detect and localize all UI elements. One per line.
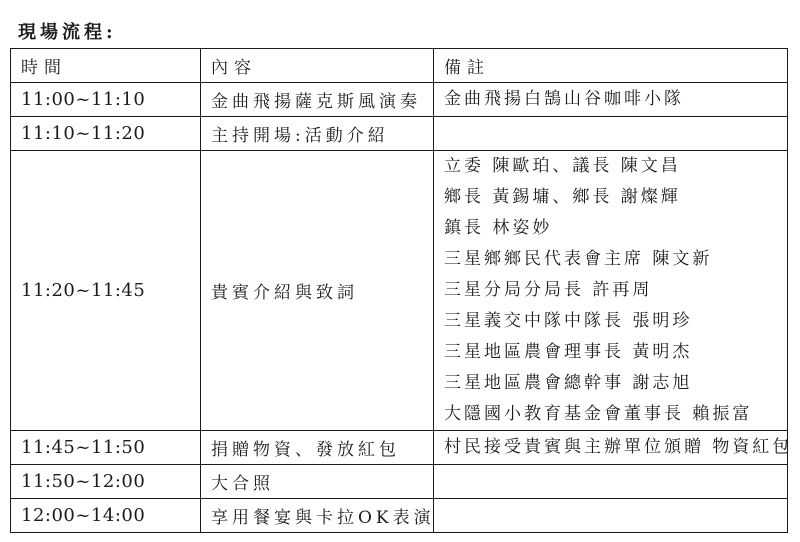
col-header-notes: 備註 bbox=[434, 49, 788, 83]
content-cell: 貴賓介紹與致詞 bbox=[201, 151, 434, 431]
note-line: 鄉長 黃錫墉、鄉長 謝燦輝 bbox=[444, 182, 781, 213]
note-line: 三星分局分局長 許再周 bbox=[444, 275, 781, 306]
page-title: 現場流程: bbox=[18, 18, 117, 44]
note-line: 金曲飛揚白鵠山谷咖啡小隊 bbox=[444, 84, 781, 115]
content-cell: 捐贈物資、發放紅包 bbox=[201, 431, 434, 465]
schedule-table: 時間 內容 備註 11:00~11:10 金曲飛揚薩克斯風演奏 金曲飛揚白鵠山谷… bbox=[10, 48, 788, 533]
table-row: 11:45~11:50 捐贈物資、發放紅包 村民接受貴賓與主辦單位頒贈 物資紅包 bbox=[11, 431, 788, 465]
content-cell: 主持開場:活動介紹 bbox=[201, 117, 434, 151]
time-cell: 11:10~11:20 bbox=[11, 117, 201, 151]
notes-cell: 村民接受貴賓與主辦單位頒贈 物資紅包 bbox=[434, 431, 788, 465]
notes-cell bbox=[434, 465, 788, 499]
note-line: 立委 陳歐珀、議長 陳文昌 bbox=[444, 151, 781, 182]
table-row: 11:50~12:00 大合照 bbox=[11, 465, 788, 499]
document-page: 現場流程: 時間 內容 備註 11:00~11:10 金曲飛揚薩克斯風演奏 金曲… bbox=[0, 0, 800, 542]
notes-cell: 立委 陳歐珀、議長 陳文昌鄉長 黃錫墉、鄉長 謝燦輝鎮長 林姿妙三星鄉鄉民代表會… bbox=[434, 151, 788, 431]
col-header-time: 時間 bbox=[11, 49, 201, 83]
table-row: 11:20~11:45 貴賓介紹與致詞 立委 陳歐珀、議長 陳文昌鄉長 黃錫墉、… bbox=[11, 151, 788, 431]
time-cell: 11:20~11:45 bbox=[11, 151, 201, 431]
time-cell: 11:50~12:00 bbox=[11, 465, 201, 499]
table-row: 11:00~11:10 金曲飛揚薩克斯風演奏 金曲飛揚白鵠山谷咖啡小隊 bbox=[11, 83, 788, 117]
table-row: 11:10~11:20 主持開場:活動介紹 bbox=[11, 117, 788, 151]
time-cell: 12:00~14:00 bbox=[11, 499, 201, 533]
note-line: 大隱國小教育基金會董事長 賴振富 bbox=[444, 399, 781, 430]
note-line: 三星地區農會理事長 黃明杰 bbox=[444, 337, 781, 368]
content-cell: 金曲飛揚薩克斯風演奏 bbox=[201, 83, 434, 117]
notes-cell bbox=[434, 117, 788, 151]
notes-cell: 金曲飛揚白鵠山谷咖啡小隊 bbox=[434, 83, 788, 117]
note-line: 鎮長 林姿妙 bbox=[444, 213, 781, 244]
note-line: 三星地區農會總幹事 謝志旭 bbox=[444, 368, 781, 399]
note-line: 三星義交中隊中隊長 張明珍 bbox=[444, 306, 781, 337]
col-header-content: 內容 bbox=[201, 49, 434, 83]
notes-cell bbox=[434, 499, 788, 533]
content-cell: 享用餐宴與卡拉OK表演 bbox=[201, 499, 434, 533]
header-row: 時間 內容 備註 bbox=[11, 49, 788, 83]
table-row: 12:00~14:00 享用餐宴與卡拉OK表演 bbox=[11, 499, 788, 533]
note-line: 村民接受貴賓與主辦單位頒贈 物資紅包 bbox=[444, 432, 781, 463]
content-cell: 大合照 bbox=[201, 465, 434, 499]
note-line: 三星鄉鄉民代表會主席 陳文新 bbox=[444, 244, 781, 275]
time-cell: 11:00~11:10 bbox=[11, 83, 201, 117]
time-cell: 11:45~11:50 bbox=[11, 431, 201, 465]
